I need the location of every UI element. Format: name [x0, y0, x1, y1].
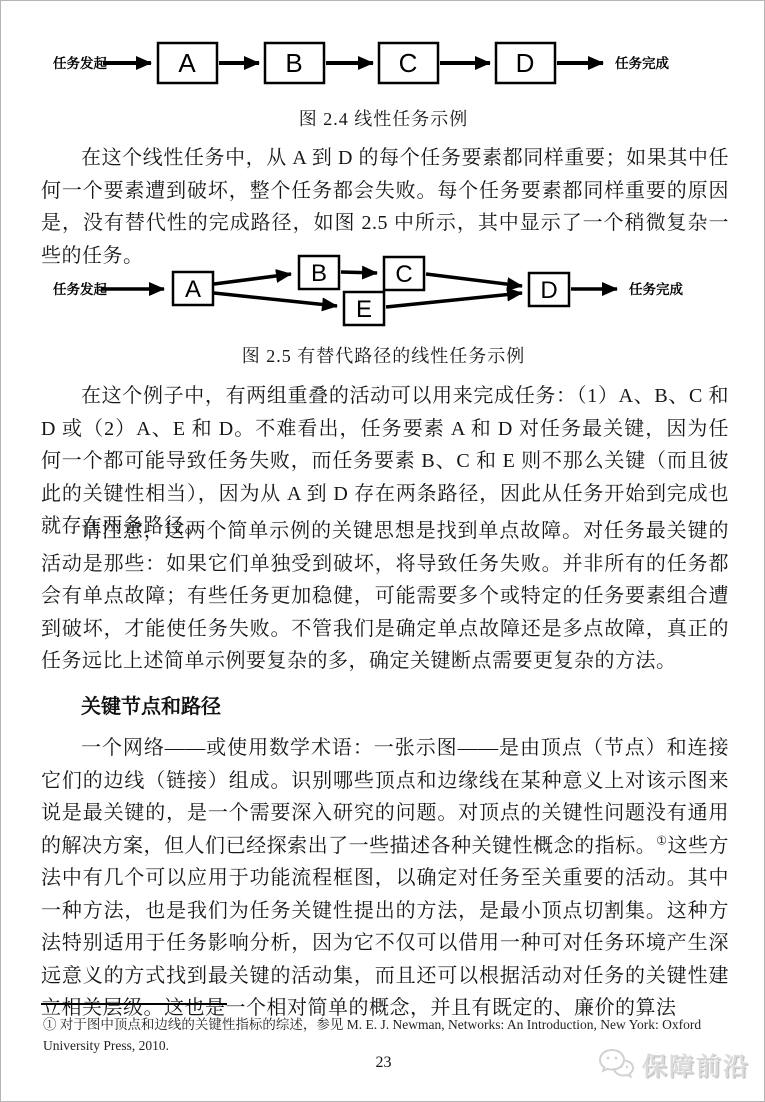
task-complete-label: 任务完成 — [629, 281, 683, 297]
task-complete-label: 任务完成 — [615, 55, 669, 71]
task-start-label: 任务发起 — [53, 55, 107, 71]
node-label-d: D — [516, 48, 535, 78]
paragraph-4: 一个网络——或使用数学术语：一张示图——是由顶点（节点）和连接它们的边线（链接）… — [41, 732, 729, 1025]
figure-2-5-caption: 图 2.5 有替代路径的线性任务示例 — [1, 342, 765, 368]
arrow-a-to-b — [214, 274, 291, 284]
watermark: 保障前沿 — [596, 1047, 750, 1083]
node-label-c: C — [399, 48, 418, 78]
paragraph-3: 请注意，这两个简单示例的关键思想是找到单点故障。对任务最关键的活动是那些：如果它… — [41, 515, 729, 678]
node-label-d: D — [540, 277, 557, 304]
watermark-text: 保障前沿 — [642, 1047, 750, 1083]
section-heading: 关键节点和路径 — [41, 691, 729, 724]
figure-2-4-diagram: 任务发起 A B C D 任务完成 — [1, 1, 765, 101]
paragraph-4-text: 一个网络——或使用数学术语：一张示图——是由顶点（节点）和连接它们的边线（链接）… — [41, 737, 729, 857]
paragraph-4-text-cont: 这些方法中有几个可以应用于功能流程框图，以确定对任务至关重要的活动。其中一种方法… — [41, 835, 729, 1020]
arrow-b-to-c — [341, 272, 377, 273]
node-label-b: B — [285, 48, 302, 78]
node-label-c: C — [395, 261, 412, 288]
arrow-a-to-e — [214, 293, 337, 306]
footnote-marker-superscript: ① — [656, 833, 667, 847]
figure-2-4-caption: 图 2.4 线性任务示例 — [1, 105, 765, 131]
node-label-a: A — [178, 48, 196, 78]
arrow-e-to-d — [386, 293, 522, 307]
footnote-divider — [41, 1003, 227, 1005]
linear-task-flow-diagram: 任务发起 A B C D 任务完成 — [1, 1, 765, 101]
node-label-e: E — [356, 296, 372, 323]
wechat-bubbles-icon — [596, 1047, 636, 1083]
node-label-b: B — [311, 260, 327, 287]
document-page: 任务发起 A B C D 任务完成 图 2.4 线性任务示例 在这个线性任务中，… — [0, 0, 765, 1102]
task-start-label: 任务发起 — [53, 281, 107, 297]
node-label-a: A — [185, 276, 201, 303]
arrow-c-to-d — [426, 274, 522, 286]
